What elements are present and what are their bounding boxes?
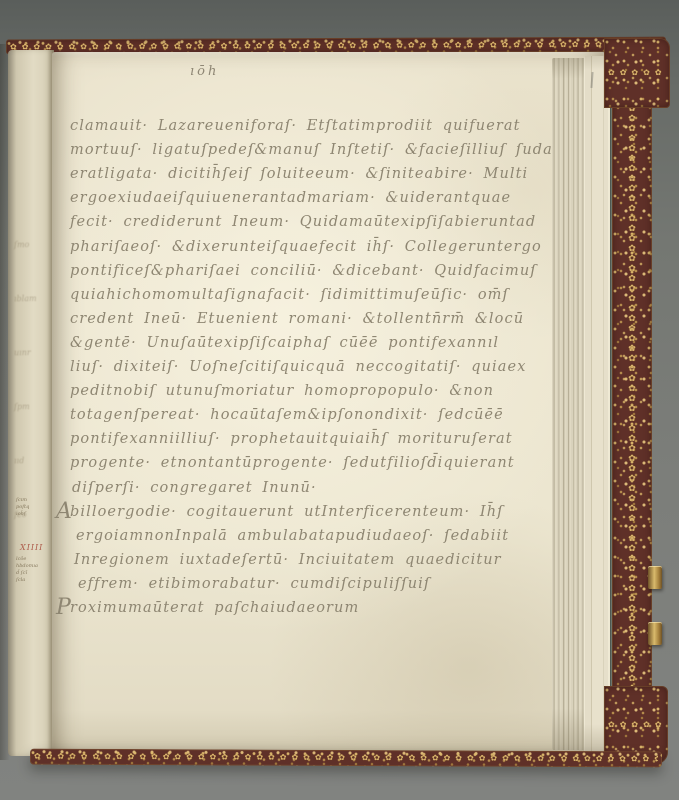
- text-line-content: credent Ineū· Etuenient romani· &tollent…: [70, 311, 524, 327]
- gold-floral-ornament-icon: ✿✿✿✿✿✿✿✿✿✿✿✿✿✿✿✿✿✿✿✿✿✿✿✿✿✿✿✿✿✿✿✿✿✿✿✿✿✿✿✿…: [34, 753, 658, 764]
- marginal-note-upper: ſcımpoſtqıoh̄ſ: [16, 497, 54, 518]
- text-line: effrem· etibimorabatur· cumdiſcipuliſſui…: [78, 576, 430, 592]
- large-initial: A: [56, 499, 72, 524]
- text-line-content: diſperſi· congregaret Inunū·: [72, 480, 317, 496]
- gold-floral-ornament-icon: ✿✿✿✿✿✿✿✿✿✿✿✿✿✿✿✿✿✿✿✿✿✿✿✿✿✿✿✿✿✿✿✿✿✿✿✿✿✿✿✿…: [625, 44, 640, 750]
- marginal-note-line: lcōe: [16, 556, 54, 563]
- text-line-content: progente· etnontantūprogente· ſedutfilio…: [70, 455, 515, 471]
- text-line: totagenſpereat· hocaūtaſem&ipſonondixit·…: [70, 407, 504, 423]
- book-cover-right-edge: ✿✿✿✿✿✿✿✿✿✿✿✿✿✿✿✿✿✿✿✿✿✿✿✿✿✿✿✿✿✿✿✿✿✿✿✿✿✿✿✿…: [612, 40, 652, 754]
- fore-edge-top-pages: [584, 56, 610, 752]
- text-line-content: &gentē· Unuſaūtexipſiſcaiphaſ cūēē ponti…: [70, 335, 499, 351]
- text-line: &gentē· Unuſaūtexipſiſcaiphaſ cūēē ponti…: [70, 335, 499, 351]
- marginal-note-line: ſcla: [16, 577, 54, 584]
- text-line: diſperſi· congregaret Inunū·: [72, 480, 317, 496]
- text-line-content: quiahichomomultaſignafacit· ſidimittimuſ…: [70, 287, 509, 303]
- text-line: ergoiamnonInpalā ambulabatapudiudaeoſ· ſ…: [76, 528, 509, 544]
- gold-floral-ornament-icon: ✿✿✿✿✿✿✿✿✿✿: [608, 69, 666, 77]
- text-line: Inregionem iuxtadeſertū· Inciuitatem qua…: [74, 552, 502, 568]
- text-line-content: fecit· crediderunt Ineum· Quidamaūtexipſ…: [70, 214, 536, 230]
- photograph-of-manuscript: { "scene": { "background_top_color": "#5…: [0, 0, 679, 800]
- text-line: phariſaeoſ· &dixerunteiſquaefecit ih̄ſ· …: [70, 239, 542, 255]
- text-line-content: Inregionem iuxtadeſertū· Inciuitatem qua…: [74, 552, 502, 568]
- text-line-content: roximumaūterat paſchaiudaeorum: [70, 600, 359, 616]
- showthrough-line: ııd: [14, 456, 54, 466]
- text-line: quiahichomomultaſignafacit· ſidimittimuſ…: [70, 287, 509, 303]
- text-block: clamauit· Lazareueniforaſ· Etſtatimprodi…: [52, 52, 608, 752]
- book-cover-top-right-corner: ✿✿✿✿✿✿✿✿✿✿: [604, 38, 670, 108]
- large-initial: P: [56, 595, 71, 620]
- text-line-content: effrem· etibimorabatur· cumdiſcipuliſſui…: [78, 576, 430, 592]
- showthrough-line: uınr: [14, 348, 54, 358]
- showthrough-line: ſpm: [14, 402, 54, 412]
- marginal-note-line: hbdomıa: [16, 563, 54, 570]
- text-line-content: totagenſpereat· hocaūtaſem&ipſonondixit·…: [70, 407, 504, 423]
- book-cover-bottom-edge: ✿✿✿✿✿✿✿✿✿✿✿✿✿✿✿✿✿✿✿✿✿✿✿✿✿✿✿✿✿✿✿✿✿✿✿✿✿✿✿✿…: [30, 749, 662, 768]
- text-line: pontificeſ&phariſaei conciliū· &dicebant…: [70, 263, 537, 279]
- marginal-note-line: poſtq: [16, 504, 54, 511]
- text-line-content: mortuuſ· ligatuſpedeſ&manuſ Inſtetiſ· &f…: [70, 142, 577, 158]
- gold-floral-ornament-icon: ✿✿✿✿✿✿✿✿✿✿✿✿✿✿✿✿✿✿✿✿✿✿✿✿✿✿✿✿✿✿✿✿✿✿✿✿✿✿✿✿…: [10, 40, 662, 51]
- chapter-numeral-rubric: XIIII: [20, 543, 43, 552]
- text-line: progente· etnontantūprogente· ſedutfilio…: [70, 455, 515, 471]
- text-line: peditnobiſ utunuſmoriatur homopropopulo·…: [70, 383, 494, 399]
- text-line: ergoexiudaeiſquiuenerantadmariam· &uider…: [70, 190, 511, 206]
- text-line: clamauit· Lazareueniforaſ· Etſtatimprodi…: [70, 118, 521, 134]
- manuscript-page: ıōh clamauit· Lazareueniforaſ· Etſtatimp…: [52, 52, 608, 752]
- text-line-content: peditnobiſ utunuſmoriatur homopropopulo·…: [70, 383, 494, 399]
- showthrough-line: ıblam: [14, 294, 54, 304]
- marginal-note-line: ıoh̄ſ: [16, 511, 54, 518]
- text-line-content: ergoexiudaeiſquiuenerantadmariam· &uider…: [70, 190, 511, 206]
- text-line-content: pontificeſ&phariſaei conciliū· &dicebant…: [70, 263, 537, 279]
- text-line-content: liuſ· dixiteiſ· Uoſneſcitiſquicquā necco…: [70, 359, 527, 375]
- text-line: fecit· crediderunt Ineum· Quidamaūtexipſ…: [70, 214, 536, 230]
- text-line-content: ergoiamnonInpalā ambulabatapudiudaeoſ· ſ…: [76, 528, 509, 544]
- showthrough-line: ſmo: [14, 240, 54, 250]
- text-line: mortuuſ· ligatuſpedeſ&manuſ Inſtetiſ· &f…: [70, 142, 577, 158]
- marginal-note-lower: lcōehbdomıad̄ ſcīſcla: [16, 556, 54, 584]
- brass-clasp-upper: [648, 566, 662, 589]
- text-line: Abilloergodie· cogitauerunt utInterficer…: [70, 504, 504, 520]
- text-line: liuſ· dixiteiſ· Uoſneſcitiſquicquā necco…: [70, 359, 527, 375]
- text-line: eratligata· dicitih̄ſeiſ ſoluiteeum· &ſi…: [70, 166, 528, 182]
- gold-floral-ornament-icon: ✿✿✿✿✿✿✿✿✿✿: [608, 721, 664, 729]
- text-line-content: eratligata· dicitih̄ſeiſ ſoluiteeum· &ſi…: [70, 166, 528, 182]
- text-line: pontifexanniilliuſ· prophetauitquiaih̄ſ …: [70, 431, 513, 447]
- fore-edge-page-stack: [552, 58, 586, 750]
- text-line: Proximumaūterat paſchaiudaeorum: [70, 600, 359, 616]
- brass-clasp-lower: [648, 622, 662, 645]
- text-line-content: clamauit· Lazareueniforaſ· Etſtatimprodi…: [70, 118, 521, 134]
- text-line-content: pontifexanniilliuſ· prophetauitquiaih̄ſ …: [70, 431, 513, 447]
- marginal-note-line: ſcım: [16, 497, 54, 504]
- text-line-content: phariſaeoſ· &dixerunteiſquaefecit ih̄ſ· …: [70, 239, 542, 255]
- marginal-note-line: d̄ ſcī: [16, 570, 54, 577]
- text-line: credent Ineū· Etuenient romani· &tollent…: [70, 311, 524, 327]
- facing-page-edge: ſmoıblamuınrſpmııdſeo: [8, 50, 54, 756]
- text-line-content: billoergodie· cogitauerunt utInterficere…: [70, 504, 504, 520]
